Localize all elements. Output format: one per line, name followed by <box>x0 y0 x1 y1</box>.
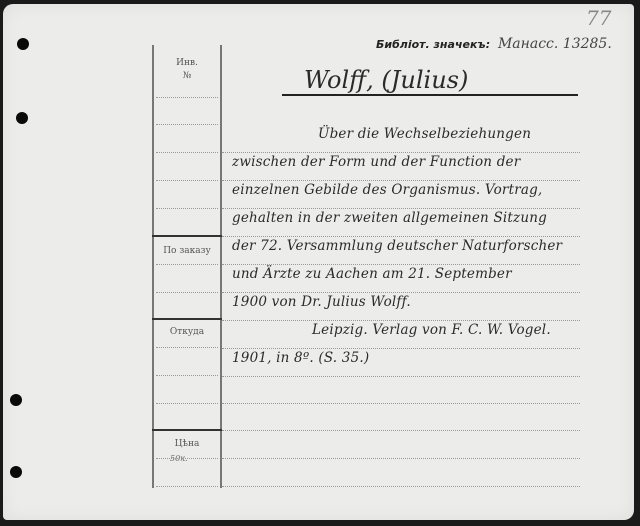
main-rule <box>222 403 580 404</box>
description-line: 1900 von Dr. Julius Wolff. <box>232 294 411 310</box>
main-rule <box>222 264 580 265</box>
main-rule <box>222 348 580 349</box>
main-rule <box>222 208 580 209</box>
punch-hole-bottom-2 <box>10 466 22 478</box>
left-rule <box>156 124 218 125</box>
left-rule <box>156 292 218 293</box>
left-rule <box>156 152 218 153</box>
description-line: gehalten in der zweiten allgemeinen Sitz… <box>232 210 547 226</box>
left-rule <box>156 486 218 487</box>
library-mark-label: Библіот. значекъ: <box>376 38 490 51</box>
main-rule <box>222 320 580 321</box>
main-rule <box>222 458 580 459</box>
author-underline <box>282 94 578 96</box>
left-rule <box>156 403 218 404</box>
description-line: der 72. Versammlung deutscher Naturforsc… <box>232 238 562 254</box>
left-rule <box>156 458 218 459</box>
separator-source <box>152 318 222 320</box>
library-mark: Библіот. значекъ: Манасс. 13285. <box>376 36 612 52</box>
left-rule <box>156 375 218 376</box>
description-line: 1901, in 8º. (S. 35.) <box>232 350 369 366</box>
punch-hole-top-1 <box>17 38 29 50</box>
left-rule <box>156 264 218 265</box>
price-label: Цѣна <box>154 438 220 450</box>
description-line: einzelnen Gebilde des Organismus. Vortra… <box>232 182 542 198</box>
punch-hole-bottom-1 <box>10 394 22 406</box>
order-label: По заказу <box>154 245 220 257</box>
author-heading: Wolff, (Julius) <box>304 66 468 94</box>
main-rule <box>222 486 580 487</box>
left-rule <box>156 180 218 181</box>
description-line: zwischen der Form und der Function der <box>232 154 520 170</box>
description-line: und Ärzte zu Aachen am 21. September <box>232 266 512 282</box>
library-mark-value: Манасс. 13285. <box>498 36 612 52</box>
punch-hole-top-2 <box>16 112 28 124</box>
number-label: № <box>154 70 220 82</box>
left-column: Инв. № По заказу Откуда Цѣна <box>152 45 222 488</box>
left-rule <box>156 208 218 209</box>
separator-order <box>152 235 222 237</box>
main-rule <box>222 376 580 377</box>
main-rule <box>222 152 580 153</box>
main-rule <box>222 236 580 237</box>
inventory-label: Инв. <box>154 57 220 69</box>
description-line: Leipzig. Verlag von F. C. W. Vogel. <box>312 322 551 338</box>
source-label: Откуда <box>154 326 220 338</box>
left-rule <box>156 97 218 98</box>
left-rule <box>156 347 218 348</box>
separator-price <box>152 429 222 431</box>
main-rule <box>222 292 580 293</box>
description-line: Über die Wechselbeziehungen <box>318 126 531 142</box>
corner-number: 77 <box>586 6 611 30</box>
main-rule <box>222 180 580 181</box>
main-rule <box>222 430 580 431</box>
